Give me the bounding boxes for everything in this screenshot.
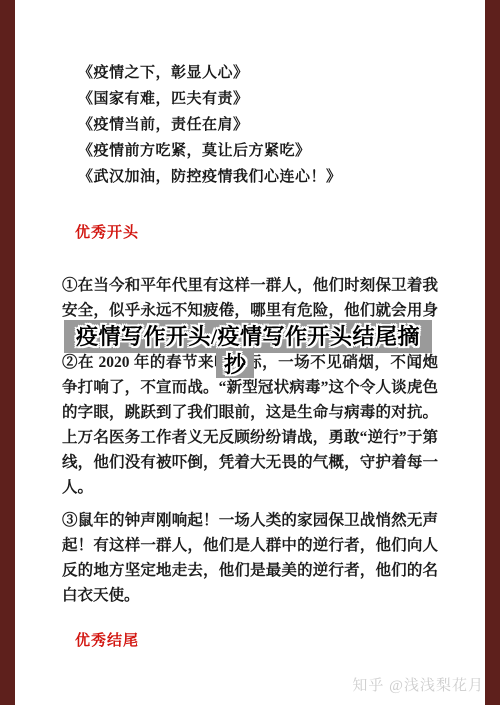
body-line: 争打响了，不宣而战。“新型冠状病毒”这个令人谈虎色变 [62, 375, 438, 400]
paragraph-3: ③鼠年的钟声刚响起！一场人类的家园保卫战悄然无声地打 起！有这样一群人，他们是人… [62, 508, 438, 608]
quote-line: 《武汉加油，防控疫情我们心连心！》 [78, 164, 342, 190]
body-line: 上万名医务工作者义无反顾纷纷请战，勇敢“逆行”于第一 [62, 425, 438, 450]
body-line: 白衣天使。 [62, 583, 438, 608]
body-line: ③鼠年的钟声刚响起！一场人类的家园保卫战悄然无声地打 [62, 508, 438, 533]
quote-line: 《疫情当前，责任在肩》 [78, 112, 342, 138]
section-heading-opening: 优秀开头 [75, 221, 139, 242]
body-line: 反的地方坚定地走去，他们是最美的逆行者，他们的名字叫 [62, 558, 438, 583]
overlay-title-line1: 疫情写作开头/疫情写作开头结尾摘 [64, 320, 432, 353]
article-page: 《疫情之下，彰显人心》 《国家有难，匹夫有责》 《疫情当前，责任在肩》 《疫情前… [0, 0, 500, 705]
body-line: 起！有这样一群人，他们是人群中的逆行者，他们向人们相 [62, 533, 438, 558]
body-line: 线，他们没有被吓倒，凭着大无畏的气概，守护着每一位病 [62, 450, 438, 475]
quote-line: 《国家有难，匹夫有责》 [78, 86, 342, 112]
overlay-title: 疫情写作开头/疫情写作开头结尾摘 抄 [64, 320, 432, 378]
quote-line: 《疫情之下，彰显人心》 [78, 60, 342, 86]
quote-title-list: 《疫情之下，彰显人心》 《国家有难，匹夫有责》 《疫情当前，责任在肩》 《疫情前… [78, 60, 342, 190]
left-border-bar [0, 0, 15, 705]
zhihu-watermark: 知乎 @浅浅梨花月 [352, 674, 484, 695]
section-heading-ending: 优秀结尾 [75, 629, 139, 650]
overlay-title-line2: 抄 [216, 353, 254, 378]
quote-line: 《疫情前方吃紧，莫让后方紧吃》 [78, 138, 342, 164]
body-line: 人。 [62, 475, 438, 500]
right-border-bar [485, 0, 500, 705]
body-line: 的字眼，跳跃到了我们眼前，这是生命与病毒的对抗。成千 [62, 400, 438, 425]
body-line: ①在当今和平年代里有这样一群人，他们时刻保卫着我们的 [62, 273, 438, 298]
